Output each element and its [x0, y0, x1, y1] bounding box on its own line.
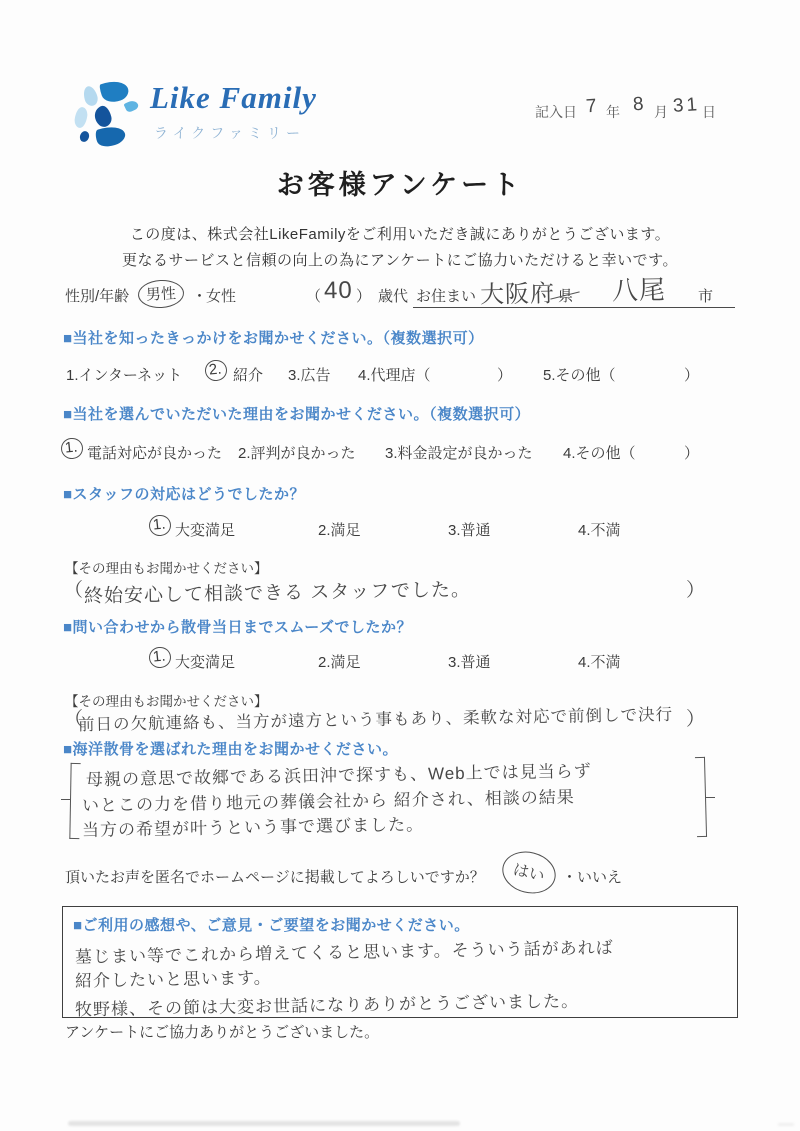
q-source-opt-other: 5.その他（	[543, 364, 616, 385]
q-choose-heading: ■当社を選んでいただいた理由をお聞かせください。（複数選択可）	[63, 403, 530, 424]
handwritten-year: 7	[585, 96, 597, 119]
city-unit-label: 市	[698, 285, 713, 306]
smooth-rating-selected-number: 1.	[148, 646, 172, 669]
handwritten-bracket-right-tick	[706, 797, 715, 798]
smooth-rating-verysatisfied: 大変満足	[175, 651, 235, 672]
handwritten-comment-line-2: 紹介したいと思います。	[75, 963, 272, 991]
handwritten-prefecture: 大阪府	[480, 273, 556, 309]
q-source-opt-internet: 1.インターネット	[66, 364, 182, 385]
q-source-heading: ■当社を知ったきっかけをお聞かせください。（複数選択可）	[63, 327, 484, 348]
publish-yes-selected: はい	[498, 846, 560, 899]
smooth-reason-paren-close: ）	[686, 704, 705, 731]
comments-box: ■ご利用の感想や、ご意見・ご要望をお聞かせください。 墓じまい等でこれから増えて…	[62, 906, 738, 1018]
smooth-rating-dissatisfied: 4.不満	[578, 651, 621, 672]
q-choose-opt-other: 4.その他（	[563, 442, 636, 463]
month-unit-label: 月	[654, 102, 668, 122]
q-scatter-heading: ■海洋散骨を選ばれた理由をお聞かせください。	[63, 738, 398, 759]
brand-kana: ライクファミリー	[154, 123, 305, 143]
age-unit-label: 歳代	[378, 285, 408, 306]
gender-age-label: 性別/年齢	[65, 285, 129, 306]
handwritten-scatter-line-3: 当方の希望が叶うという事で選びました。	[82, 810, 424, 841]
gender-dot: ・	[192, 285, 207, 306]
gender-male-selected: 男性	[137, 279, 184, 309]
q-choose-opt-reputation: 2.評判が良かった	[238, 442, 356, 463]
handwritten-bracket-left-tick	[61, 799, 70, 800]
intro-line-2: 更なるサービスと信頼の向上の為にアンケートにご協力いただけると幸いです。	[0, 249, 800, 270]
publish-no: いいえ	[577, 866, 622, 887]
staff-rating-verysatisfied: 大変満足	[175, 519, 235, 540]
q-source-opt-agency: 4.代理店（	[358, 364, 431, 385]
q-staff-heading: ■スタッフの対応はどうでしたか？	[63, 483, 305, 504]
staff-rating-dissatisfied: 4.不満	[578, 519, 621, 540]
staff-rating-neutral: 3.普通	[448, 519, 491, 540]
age-paren-close: ）	[356, 285, 371, 306]
q-source-opt-ad: 3.広告	[288, 364, 331, 385]
handwritten-bracket-left	[69, 763, 80, 839]
handwritten-month: 8	[632, 94, 644, 117]
footer-thanks: アンケートにご協力ありがとうございました。	[65, 1021, 379, 1042]
q-source-opt-referral-selected-number: 2.	[204, 359, 228, 382]
staff-reason-paren-open: （	[64, 575, 83, 602]
handwritten-day: 31	[672, 94, 701, 118]
handwritten-comment-line-3: 牧野様、その節は大変お世話になりありがとうございました。	[75, 987, 579, 1021]
q-source-opt-agency-close: ）	[497, 364, 512, 385]
q-smooth-heading: ■問い合わせから散骨当日までスムーズでしたか？	[63, 616, 412, 637]
brand-name: Like Family	[150, 80, 317, 116]
fill-date-label: 記入日	[535, 102, 577, 122]
q-source-opt-referral: 紹介	[233, 364, 263, 385]
year-unit-label: 年	[606, 102, 620, 122]
handwritten-staff-reason: 終始安心して相談できる スタッフでした。	[84, 575, 471, 609]
day-unit-label: 日	[702, 102, 716, 122]
scan-artifact-streak	[68, 1121, 460, 1126]
comments-heading: ■ご利用の感想や、ご意見・ご要望をお聞かせください。	[73, 914, 470, 935]
q-choose-opt-other-close: ）	[684, 442, 699, 463]
publish-question: 頂いたお声を匿名でホームページに掲載してよろしいですか？	[65, 866, 485, 887]
brand-leaf-logo-icon	[75, 80, 141, 148]
handwritten-city: 八尾	[612, 270, 667, 308]
survey-scan-page: Like Family ライクファミリー 記入日 7 年 8 月 31 日 お客…	[0, 0, 800, 1131]
scan-artifact-smudge	[778, 1123, 794, 1126]
staff-rating-satisfied: 2.満足	[318, 519, 361, 540]
staff-reason-paren-close: ）	[686, 575, 705, 602]
q-choose-opt-price: 3.料金設定が良かった	[385, 442, 533, 463]
smooth-rating-neutral: 3.普通	[448, 651, 491, 672]
publish-dot: ・	[562, 866, 577, 887]
q-choose-opt-phone: 電話対応が良かった	[87, 442, 222, 463]
smooth-reason-label: 【その理由もお聞かせください】	[65, 690, 268, 710]
handwritten-comment-line-1: 墓じまい等でこれから増えてくると思います。そういう話があれば	[75, 933, 614, 967]
handwritten-age: 40	[324, 277, 353, 305]
smooth-rating-satisfied: 2.満足	[318, 651, 361, 672]
age-paren-open: （	[306, 285, 321, 306]
page-title: お客様アンケート	[0, 163, 800, 202]
q-choose-opt-phone-selected-number: 1.	[60, 437, 84, 460]
staff-reason-label: 【その理由もお聞かせください】	[65, 557, 268, 577]
q-source-opt-other-close: ）	[684, 364, 699, 385]
gender-female-label: 女性	[206, 285, 236, 306]
intro-line-1: この度は、株式会社LikeFamilyをご利用いただき誠にありがとうございます。	[0, 223, 800, 244]
residence-label: お住まい	[416, 285, 476, 306]
staff-rating-selected-number: 1.	[148, 514, 172, 537]
